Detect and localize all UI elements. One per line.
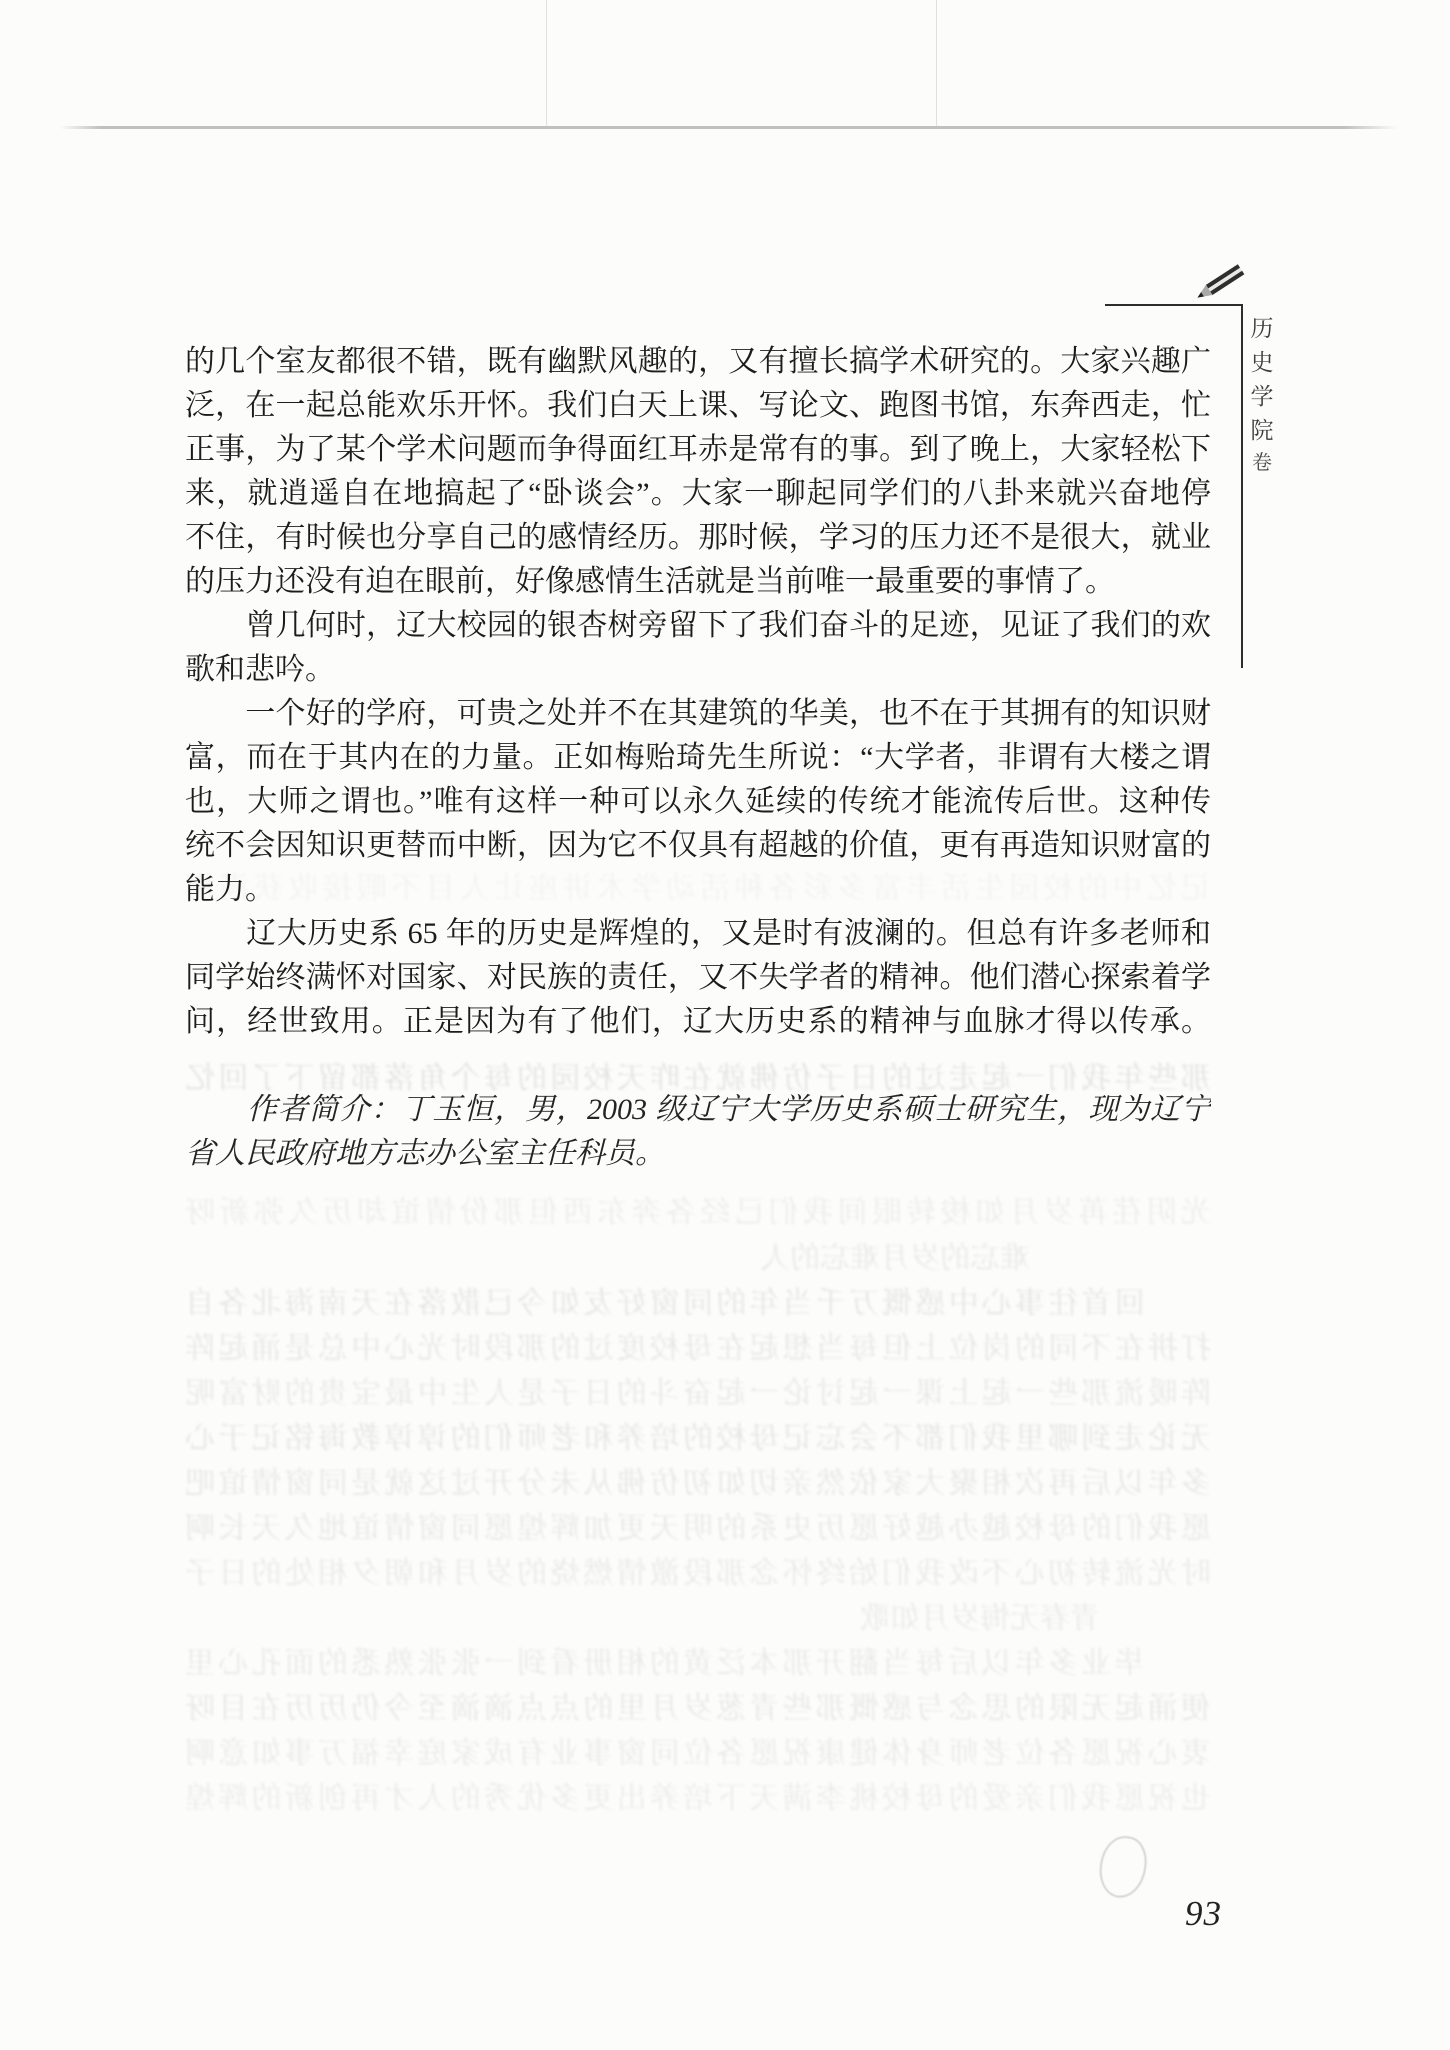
pencil-icon bbox=[1190, 258, 1248, 308]
text-line: 歌和悲吟。 bbox=[185, 648, 1211, 692]
bleedthrough-line: 无论走到哪里我们都不会忘记母校的培养和老师们的谆谆教诲铭记于心 bbox=[185, 1418, 1211, 1460]
paragraph: 的几个室友都很不错，既有幽默风趣的，又有擅长搞学术研究的。大家兴趣广泛，在一起总… bbox=[185, 340, 1211, 604]
text-line: 泛，在一起总能欢乐开怀。我们白天上课、写论文、跑图书馆，东奔西走，忙 bbox=[185, 384, 1211, 428]
page-number: 93 bbox=[1185, 1894, 1222, 1934]
bleedthrough-line: 阵暖流那些一起上课一起讨论一起奋斗的日子是人生中最宝贵的财富呢 bbox=[185, 1373, 1211, 1415]
text-line: 一个好的学府，可贵之处并不在其建筑的华美，也不在于其拥有的知识财 bbox=[185, 692, 1211, 736]
header-corner-rule-vertical bbox=[1241, 304, 1243, 668]
paragraph: 一个好的学府，可贵之处并不在其建筑的华美，也不在于其拥有的知识财富，而在于其内在… bbox=[185, 692, 1211, 912]
paragraph: 曾几何时，辽大校园的银杏树旁留下了我们奋斗的足迹，见证了我们的欢歌和悲吟。 bbox=[185, 604, 1211, 692]
text-line: 来，就逍遥自在地搞起了“卧谈会”。大家一聊起同学们的八卦来就兴奋地停 bbox=[185, 472, 1211, 516]
book-page: 记忆中的校园生活丰富多彩各种活动学术讲座让人目不暇接收获满满那些年我们一起走过的… bbox=[0, 0, 1450, 2050]
text-line: 的压力还没有迫在眼前，好像感情生活就是当前唯一最重要的事情了。 bbox=[185, 560, 1211, 604]
bleedthrough-line: 时光流转初心不改我们始终怀念那段激情燃烧的岁月和朝夕相处的日子 bbox=[185, 1553, 1211, 1595]
edition-tab-character: 学 bbox=[1251, 385, 1274, 408]
bleedthrough-line: 毕业多年以后每当翻开那本泛黄的相册看到一张张熟悉的面孔心里 bbox=[185, 1643, 1211, 1685]
text-line: 同学始终满怀对国家、对民族的责任，又不失学者的精神。他们潜心探索着学 bbox=[185, 956, 1211, 1000]
text-line: 也，大师之谓也。”唯有这样一种可以永久延续的传统才能流传后世。这种传 bbox=[185, 780, 1211, 824]
header-corner-rule-horizontal bbox=[1105, 304, 1243, 306]
text-line: 作者简介：丁玉恒，男，2003 级辽宁大学历史系硕士研究生，现为辽宁 bbox=[185, 1088, 1211, 1132]
bleedthrough-line: 打拼在不同的岗位上但每当想起在母校度过的那段时光心中总是涌起阵 bbox=[185, 1328, 1211, 1370]
bleedthrough-line: 愿我们的母校越办越好愿历史系的明天更加辉煌愿同窗情谊地久天长啊 bbox=[185, 1508, 1211, 1550]
body-text: 的几个室友都很不错，既有幽默风趣的，又有擅长搞学术研究的。大家兴趣广泛，在一起总… bbox=[185, 340, 1211, 1044]
bleedthrough-line: 也祝愿我们亲爱的母校桃李满天下培养出更多优秀的人才再创新的辉煌 bbox=[185, 1778, 1211, 1820]
paragraph: 辽大历史系 65 年的历史是辉煌的，又是时有波澜的。但总有许多老师和同学始终满怀… bbox=[185, 912, 1211, 1044]
edition-tab: 历史学院卷 bbox=[1247, 317, 1277, 473]
bleedthrough-line: 便涌起无限的思念与感慨那些青葱岁月里的点点滴滴至今仍历历在目呀 bbox=[185, 1688, 1211, 1730]
bleedthrough-line: 光阴荏苒岁月如梭转眼间我们已经各奔东西但那份情谊却历久弥新呀 bbox=[185, 1192, 1211, 1234]
edition-tab-character: 历 bbox=[1251, 317, 1274, 340]
edition-tab-character: 院 bbox=[1251, 419, 1274, 442]
text-line: 能力。 bbox=[185, 868, 1211, 912]
edition-tab-character: 卷 bbox=[1252, 453, 1272, 473]
bleedthrough-line: 多年以后再次相聚大家依然亲切如初仿佛从未分开过这就是同窗情谊吧 bbox=[185, 1463, 1211, 1505]
text-line: 省人民政府地方志办公室主任科员。 bbox=[185, 1132, 1211, 1176]
text-line: 的几个室友都很不错，既有幽默风趣的，又有擅长搞学术研究的。大家兴趣广 bbox=[185, 340, 1211, 384]
text-line: 富，而在于其内在的力量。正如梅贻琦先生所说：“大学者，非谓有大楼之谓 bbox=[185, 736, 1211, 780]
edition-tab-character: 史 bbox=[1251, 351, 1274, 374]
author-bio: 作者简介：丁玉恒，男，2003 级辽宁大学历史系硕士研究生，现为辽宁省人民政府地… bbox=[185, 1088, 1211, 1176]
bleedthrough-line: 回首往事心中感慨万千当年的同窗好友如今已散落在天南海北各自 bbox=[185, 1283, 1211, 1325]
text-line: 正事，为了某个学术问题而争得面红耳赤是常有的事。到了晚上，大家轻松下 bbox=[185, 428, 1211, 472]
text-line: 曾几何时，辽大校园的银杏树旁留下了我们奋斗的足迹，见证了我们的欢 bbox=[185, 604, 1211, 648]
text-line: 问，经世致用。正是因为有了他们，辽大历史系的精神与血脉才得以传承。 bbox=[185, 1000, 1211, 1044]
bleedthrough-line: 青春无悔岁月如歌 bbox=[860, 1598, 1210, 1640]
text-line: 统不会因知识更替而中断，因为它不仅具有超越的价值，更有再造知识财富的 bbox=[185, 824, 1211, 868]
bleedthrough-line: 衷心祝愿各位老师身体健康祝愿各位同窗事业有成家庭幸福万事如意啊 bbox=[185, 1733, 1211, 1775]
bleedthrough-line: 难忘的岁月难忘的人 bbox=[760, 1238, 1210, 1280]
text-line: 不住，有时候也分享自己的感情经历。那时候，学习的压力还不是很大，就业 bbox=[185, 516, 1211, 560]
text-line: 辽大历史系 65 年的历史是辉煌的，又是时有波澜的。但总有许多老师和 bbox=[185, 912, 1211, 956]
